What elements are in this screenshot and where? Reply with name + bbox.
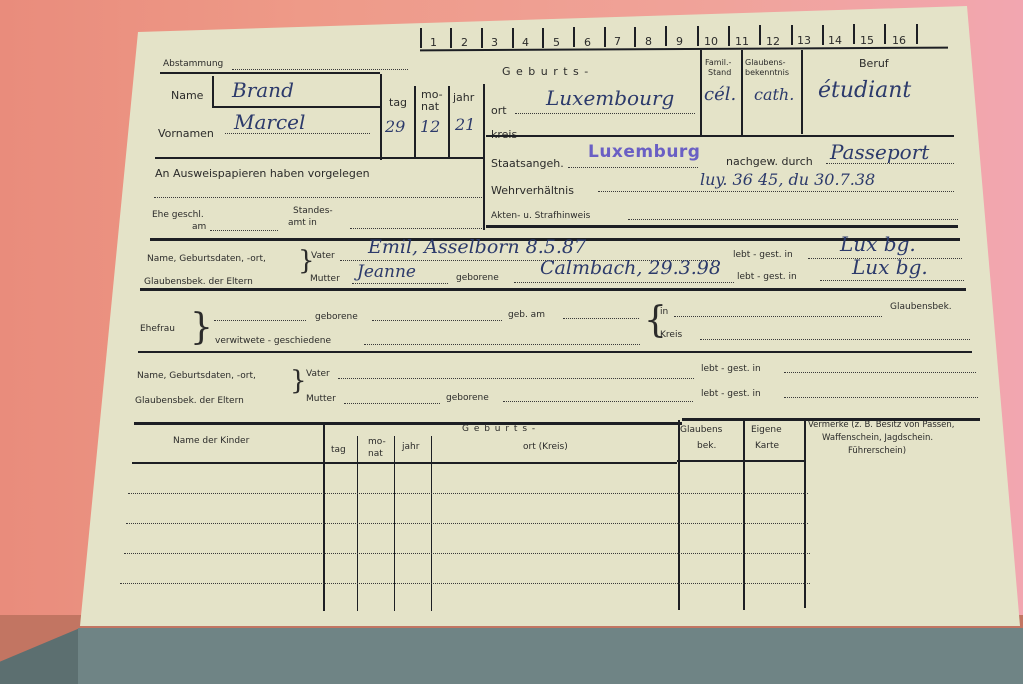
monat-header-2: nat [421, 100, 439, 113]
ehefrau-in-label: in [660, 307, 668, 317]
beruf-label: Beruf [859, 57, 889, 70]
name-label: Name [171, 89, 203, 102]
kinder-glaubens-header-2: bek. [697, 441, 716, 451]
staatsangeh-stamp: Luxemburg [588, 142, 700, 162]
name-value[interactable]: Brand [232, 78, 294, 102]
ort-field[interactable] [515, 113, 695, 114]
col-num: 4 [522, 36, 529, 49]
eltern2-label-1: Name, Geburtsdaten, -ort, [137, 371, 256, 381]
birth-year-value[interactable]: 21 [455, 115, 475, 134]
divider [743, 420, 745, 610]
geborene2-label: geborene [446, 393, 489, 403]
col-num: 6 [584, 36, 591, 49]
ehefrau-label: Ehefrau [140, 324, 175, 334]
ehe-am-field[interactable] [210, 230, 278, 231]
col-num: 16 [892, 34, 906, 47]
kinder-name-header: Name der Kinder [173, 436, 249, 446]
divider [380, 74, 382, 160]
staatsangeh-field[interactable] [568, 167, 698, 168]
famil-stand-label-2: Stand [708, 68, 731, 77]
ehefrau-verwitwete-label: verwitwete - geschiedene [215, 336, 331, 346]
abstammung-field[interactable] [232, 69, 408, 70]
geborene-value[interactable]: Calmbach, 29.3.98 [540, 257, 721, 279]
divider [486, 225, 958, 228]
kinder-eigene-header-2: Karte [755, 441, 779, 451]
table-surface-reflection [78, 628, 1023, 684]
standes-label-2: amt in [288, 218, 317, 228]
nachgew-label: nachgew. durch [726, 155, 813, 168]
ehefrau-geborene-field[interactable] [372, 320, 502, 321]
birth-day-value[interactable]: 29 [385, 117, 405, 136]
vater-value[interactable]: Emil, Asselborn 8.5.87 [368, 236, 586, 258]
glaubens-label-1: Glaubens- [745, 58, 786, 67]
divider [677, 460, 804, 462]
child-row-3[interactable] [124, 553, 810, 554]
divider [448, 86, 450, 158]
divider [160, 72, 380, 74]
divider [801, 50, 803, 134]
child-row-4[interactable] [120, 583, 810, 584]
glaubens-label-2: bekenntnis [745, 68, 789, 77]
geborene2-field[interactable] [503, 401, 693, 402]
geborene-label: geborene [456, 273, 499, 283]
name-box-left [212, 76, 214, 108]
divider [414, 86, 416, 158]
col-num: 12 [766, 35, 780, 48]
eltern2-label-2: Glaubensbek. der Eltern [135, 396, 244, 406]
akten-label: Akten- u. Strafhinweis [491, 211, 590, 221]
ausweis-label: An Ausweispapieren haben vorgelegen [155, 167, 370, 180]
col-num: 2 [461, 36, 468, 49]
mutter2-lebt-label: lebt - gest. in [701, 389, 761, 399]
ort-label: ort [491, 104, 507, 117]
ehefrau-in-field[interactable] [674, 316, 882, 317]
standes-label-1: Standes- [293, 206, 333, 216]
vater-lebt-label: lebt - gest. in [733, 250, 793, 260]
vermerke-header-1: Vermerke (z. B. Besitz von Pässen, [808, 420, 955, 430]
divider [700, 50, 702, 136]
kinder-monat-header-2: nat [368, 449, 383, 459]
nachgew-value[interactable]: Passeport [830, 140, 929, 164]
vornamen-value[interactable]: Marcel [234, 110, 305, 134]
ehe-label-1: Ehe geschl. [152, 210, 204, 220]
ehefrau-kreis-label: Kreis [660, 330, 682, 340]
vater2-lebt-label: lebt - gest. in [701, 364, 761, 374]
ehe-label-2: am [192, 222, 206, 232]
mutter-label: Mutter [310, 274, 340, 284]
col-num: 3 [491, 36, 498, 49]
vornamen-label: Vornamen [158, 127, 214, 140]
col-num: 9 [676, 35, 683, 48]
divider [804, 420, 806, 608]
ort-value[interactable]: Luxembourg [546, 86, 674, 110]
glaubens-value[interactable]: cath. [754, 85, 794, 104]
staatsangeh-label: Staatsangeh. [491, 157, 564, 170]
kinder-geburts-header: G e b u r t s - [462, 424, 536, 434]
birth-month-value[interactable]: 12 [420, 117, 440, 136]
divider [486, 135, 954, 137]
divider [483, 84, 485, 230]
jahr-header: jahr [453, 91, 474, 104]
child-row-1[interactable] [128, 493, 808, 494]
divider [132, 462, 677, 464]
mutter-lebt-field[interactable] [820, 280, 964, 281]
col-num: 5 [553, 36, 560, 49]
vater-lebt-value[interactable]: Lux bg. [840, 232, 916, 256]
col-num: 1 [430, 36, 437, 49]
divider [155, 157, 483, 159]
ehefrau-name-field[interactable] [214, 320, 306, 321]
ehefrau-kreis-field[interactable] [700, 339, 970, 340]
ausweis-field[interactable] [154, 197, 482, 198]
mutter-value[interactable]: Jeanne [357, 262, 416, 282]
col-num: 15 [860, 34, 874, 47]
mutter2-field[interactable] [344, 403, 440, 404]
mutter2-lebt-field[interactable] [784, 397, 978, 398]
kinder-glaubens-header-1: Glaubens [680, 425, 722, 435]
mutter2-label: Mutter [306, 394, 336, 404]
col-num: 7 [614, 35, 621, 48]
wehr-value[interactable]: luy. 36 45, du 30.7.38 [700, 170, 875, 189]
ehefrau-glaubensbek-label: Glaubensbek. [890, 302, 952, 312]
kinder-monat-header-1: mo- [368, 437, 386, 447]
divider [134, 422, 682, 425]
vater-label: Vater [311, 251, 335, 261]
wehr-field[interactable] [598, 191, 954, 192]
standes-amt-field[interactable] [350, 228, 482, 229]
ehefrau-geb-am-label: geb. am [508, 310, 545, 320]
col-num: 8 [645, 35, 652, 48]
name-box-bottom [212, 106, 380, 108]
col-num: 14 [828, 34, 842, 47]
mutter-field[interactable] [352, 283, 448, 284]
kinder-eigene-header-1: Eigene [751, 425, 782, 435]
mutter-lebt-value[interactable]: Lux bg. [852, 255, 928, 279]
kinder-ort-header: ort (Kreis) [523, 442, 568, 452]
divider [138, 351, 972, 353]
divider [678, 420, 680, 610]
beruf-value[interactable]: étudiant [818, 78, 911, 103]
geburts-header: G e b u r t s - [502, 65, 589, 78]
brace: } [290, 368, 307, 394]
akten-field[interactable] [628, 219, 958, 220]
col-num: 13 [797, 34, 811, 47]
col-num: 11 [735, 35, 749, 48]
eltern-label-1: Name, Geburtsdaten, -ort, [147, 254, 266, 264]
kinder-tag-header: tag [331, 445, 346, 455]
eltern-label-2: Glaubensbek. der Eltern [144, 277, 253, 287]
col-num: 10 [704, 35, 718, 48]
divider [741, 50, 743, 136]
child-row-2[interactable] [126, 523, 808, 524]
ehefrau-geb-am-field[interactable] [563, 318, 639, 319]
brace: } [190, 310, 213, 346]
vater2-lebt-field[interactable] [784, 372, 976, 373]
geborene-field[interactable] [514, 282, 734, 283]
wehr-label: Wehrverhältnis [491, 184, 574, 197]
famil-stand-value[interactable]: cél. [704, 84, 736, 105]
tag-header: tag [389, 96, 407, 109]
vermerke-header-2: Waffenschein, Jagdschein. [822, 433, 933, 443]
divider [140, 288, 966, 291]
kinder-jahr-header: jahr [402, 442, 419, 452]
vater2-label: Vater [306, 369, 330, 379]
vermerke-header-3: Führerschein) [848, 446, 906, 456]
vater2-field[interactable] [338, 378, 694, 379]
abstammung-label: Abstammung [163, 59, 223, 69]
mutter-lebt-label: lebt - gest. in [737, 272, 797, 282]
ehefrau-geborene-label: geborene [315, 312, 358, 322]
ehefrau-verwitwete-field[interactable] [364, 344, 640, 345]
famil-stand-label-1: Famil.- [705, 58, 731, 67]
